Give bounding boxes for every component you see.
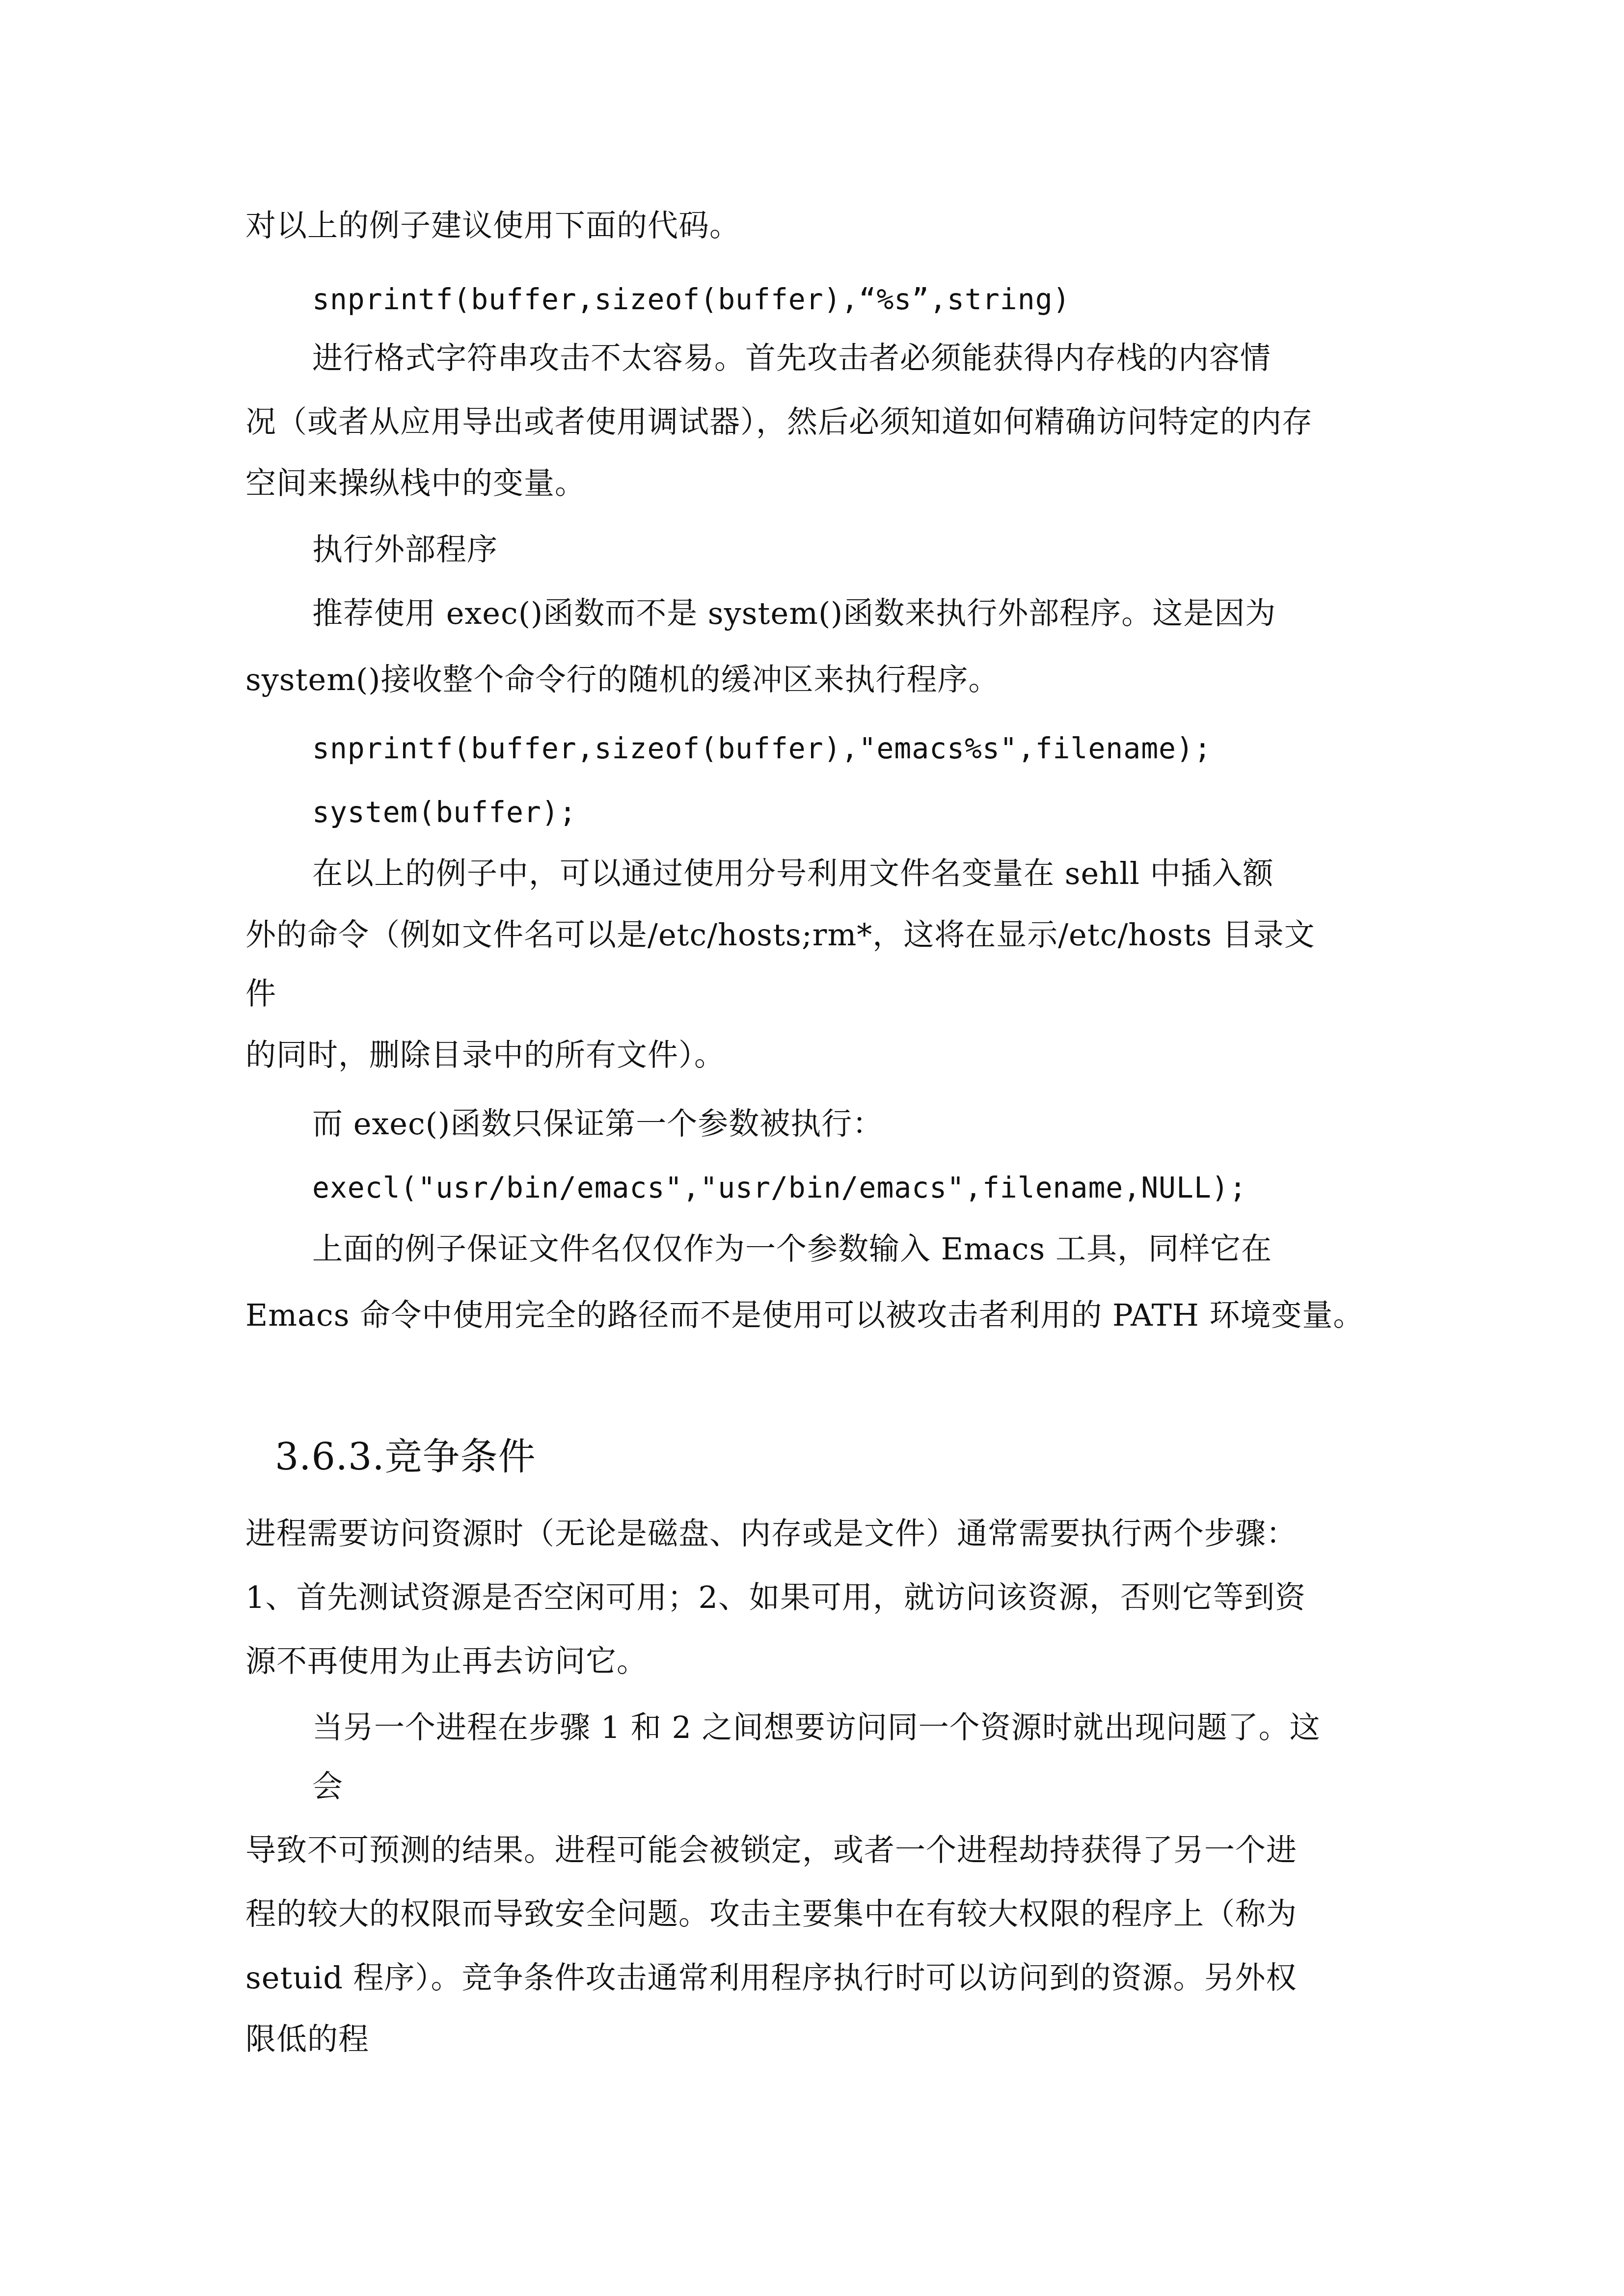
paragraph-line: 而 exec()函数只保证第一个参数被执行： bbox=[312, 1104, 883, 1144]
paragraph-line: 导致不可预测的结果。进程可能会被锁定，或者一个进程劫持获得了另一个进 bbox=[245, 1831, 1297, 1870]
section-heading: 3.6.3.竞争条件 bbox=[275, 1433, 536, 1480]
paragraph-line: 况（或者从应用导出或者使用调试器），然后必须知道如何精确访问特定的内存 bbox=[245, 402, 1313, 442]
paragraph-line: 源不再使用为止再去访问它。 bbox=[245, 1642, 648, 1681]
paragraph-line: system()接收整个命令行的随机的缓冲区来执行程序。 bbox=[245, 660, 999, 699]
paragraph-line: 进程需要访问资源时（无论是磁盘、内存或是文件）通常需要执行两个步骤： bbox=[245, 1514, 1297, 1553]
paragraph-line: 在以上的例子中，可以通过使用分号利用文件名变量在 sehll 中插入额 bbox=[312, 854, 1274, 893]
paragraph-line: setuid 程序）。竞争条件攻击通常利用程序执行时可以访问到的资源。另外权 bbox=[245, 1958, 1297, 1998]
paragraph-line: 空间来操纵栈中的变量。 bbox=[245, 464, 586, 503]
paragraph-line: 的同时，删除目录中的所有文件）。 bbox=[245, 1036, 725, 1075]
paragraph-line: 上面的例子保证文件名仅仅作为一个参数输入 Emacs 工具，同样它在 bbox=[312, 1229, 1272, 1269]
paragraph-line: 推荐使用 exec()函数而不是 system()函数来执行外部程序。这是因为 bbox=[312, 594, 1276, 633]
code-line: system(buffer); bbox=[312, 793, 577, 832]
paragraph-line: Emacs 命令中使用完全的路径而不是使用可以被攻击者利用的 PATH 环境变量… bbox=[245, 1296, 1364, 1335]
paragraph-line: 限低的程 bbox=[245, 2020, 369, 2059]
paragraph-line: 进行格式字符串攻击不太容易。首先攻击者必须能获得内存栈的内容情 bbox=[312, 339, 1271, 378]
paragraph-line: 程的较大的权限而导致安全问题。攻击主要集中在有较大权限的程序上（称为 bbox=[245, 1895, 1297, 1934]
paragraph-line: 对以上的例子建议使用下面的代码。 bbox=[245, 206, 740, 245]
subheading-line: 执行外部程序 bbox=[312, 530, 498, 569]
paragraph-line: 外的命令（例如文件名可以是/etc/hosts;rm*，这将在显示/etc/ho… bbox=[245, 915, 1315, 955]
code-line: execl("usr/bin/emacs","usr/bin/emacs",fi… bbox=[312, 1168, 1247, 1207]
code-line: snprintf(buffer,sizeof(buffer),"emacs%s"… bbox=[312, 729, 1212, 768]
paragraph-line: 会 bbox=[312, 1767, 343, 1806]
code-line: snprintf(buffer,sizeof(buffer),“%s”,stri… bbox=[312, 280, 1071, 319]
paragraph-line: 当另一个进程在步骤 1 和 2 之间想要访问同一个资源时就出现问题了。这 bbox=[312, 1708, 1321, 1747]
paragraph-line: 件 bbox=[245, 974, 276, 1014]
paragraph-line: 1、首先测试资源是否空闲可用；2、如果可用，就访问该资源，否则它等到资 bbox=[245, 1578, 1306, 1617]
